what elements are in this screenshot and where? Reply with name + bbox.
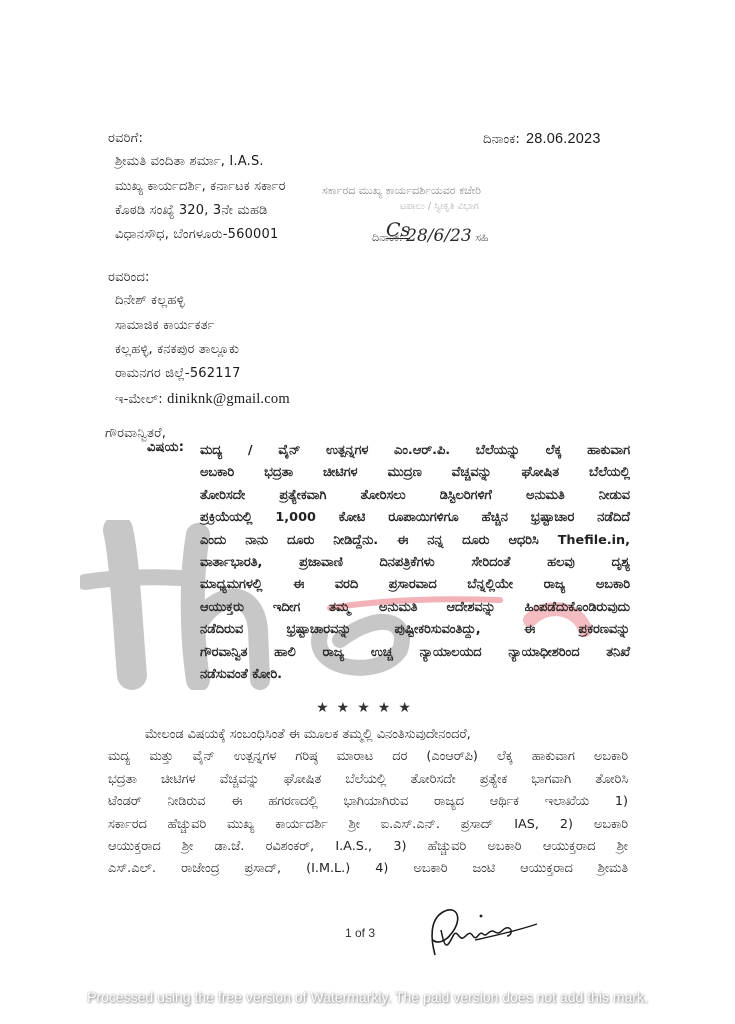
receipt-stamp-date: ದಿನಾಂಕ: 28/6/23 ಸಹಿ — [372, 226, 489, 246]
body-line: ಸರ್ಕಾರದ ಹೆಚ್ಚುವರಿ ಮುಖ್ಯ ಕಾರ್ಯದರ್ಶಿ ಶ್ರೀ … — [108, 814, 628, 836]
subject-line: ಆಯುಕ್ತರು ಇದೀಗ ತಮ್ಮ ಅನುಮತಿ ಆದೇಶವನ್ನು ಹಿಂಪ… — [200, 597, 630, 619]
email-label: ಇ-ಮೇಲ್: — [115, 392, 163, 407]
receipt-stamp-section: ಟಪಾಲು / ಸ್ವೀಕೃತಿ ವಿಭಾಗ — [400, 201, 479, 212]
subject-line: ಗೌರವಾನ್ವಿತ ಹಾಲಿ ರಾಜ್ಯ ಉಚ್ಚ ನ್ಯಾಯಾಲಯದ ನ್ಯ… — [200, 642, 630, 664]
body-line: ಭದ್ರತಾ ಚೀಟಿಗಳ ವೆಚ್ಚವನ್ನು ಘೋಷಿತ ಬೆಲೆಯಲ್ಲಿ… — [108, 769, 628, 791]
body-line: ಆಯುಕ್ತರಾದ ಶ್ರೀ ಡಾ.ಜೆ. ರವಿಶಂಕರ್, I.A.S., … — [108, 836, 628, 858]
sender-address: ಕಲ್ಲಹಳ್ಳಿ, ಕನಕಪುರ ತಾಲ್ಲೂಕು — [115, 342, 239, 357]
subject-text: ಮದ್ಯ / ವೈನ್ ಉತ್ಪನ್ನಗಳ ಎಂ.ಆರ್.ಪಿ. ಬೆಲೆಯನ್… — [200, 440, 630, 686]
subject-line: ಅಬಕಾರಿ ಭದ್ರತಾ ಚೀಟಿಗಳ ಮುದ್ರಣ ವೆಚ್ಚವನ್ನು ಘ… — [200, 462, 630, 484]
subject-line: ತೋರಿಸದೇ ಪ್ರತ್ಯೇಕವಾಗಿ ತೋರಿಸಲು ಡಿಸ್ಟಿಲರಿಗಳ… — [200, 485, 630, 507]
receipt-date-label: ದಿನಾಂಕ: — [372, 231, 403, 244]
from-label: ರವರಿಂದ: — [108, 270, 150, 285]
recipient-city: ವಿಧಾನಸೌಧ, ಬೆಂಗಳೂರು-560001 — [115, 227, 278, 242]
signature-image — [423, 900, 543, 960]
watermarkly-notice: Processed using the free version of Wate… — [0, 989, 735, 1005]
subject-line: ನಡೆಸುವಂತೆ ಕೋರಿ. — [200, 664, 630, 686]
sender-email: ಇ-ಮೇಲ್: diniknk@gmail.com — [115, 391, 290, 408]
body-line: ಎಸ್.ಎಲ್. ರಾಜೇಂದ್ರ ಪ್ರಸಾದ್, (I.M.L.) 4) ಅ… — [108, 858, 628, 880]
date-value: 28.06.2023 — [526, 131, 601, 147]
letter-date: ದಿನಾಂಕ:28.06.2023 — [483, 131, 601, 147]
subject-line: ಎಂದು ನಾನು ದೂರು ನೀಡಿದ್ದೆನು. ಈ ನನ್ನ ದೂರು ಆ… — [200, 530, 630, 552]
recipient-name: ಶ್ರೀಮತಿ ವಂದಿತಾ ಶರ್ಮಾ, I.A.S. — [115, 154, 264, 169]
body-paragraph: ಮೇಲಂಡ ವಿಷಯಕ್ಕೆ ಸಂಬಂಧಿಸಿಂತೆ ಈ ಮೂಲಕ ತಮ್ಮಲ್… — [108, 724, 628, 881]
star-separator: ★★★★★ — [0, 700, 735, 716]
body-line: ಮೇಲಂಡ ವಿಷಯಕ್ಕೆ ಸಂಬಂಧಿಸಿಂತೆ ಈ ಮೂಲಕ ತಮ್ಮಲ್… — [108, 724, 628, 746]
email-address: diniknk@gmail.com — [167, 391, 290, 407]
subject-line: ವಾರ್ತಾಭಾರತಿ, ಪ್ರಜಾವಾಣಿ ದಿನಪತ್ರಿಕೆಗಳು ಸೇರ… — [200, 552, 630, 574]
recipient-title: ಮುಖ್ಯ ಕಾರ್ಯದರ್ಶಿ, ಕರ್ನಾಟಕ ಸರ್ಕಾರ — [115, 179, 286, 194]
body-line: ಟೆಂಡರ್ ನೀಡಿರುವ ಈ ಹಗರಣದಲ್ಲಿ ಭಾಗಿಯಾಗಿರುವ ರ… — [108, 791, 628, 813]
sender-role: ಸಾಮಾಜಿಕ ಕಾರ್ಯಕರ್ತ — [115, 318, 215, 333]
date-label: ದಿನಾಂಕ: — [483, 132, 520, 147]
subject-line: ನಡೆದಿರುವ ಭ್ರಷ್ಟಾಚಾರವನ್ನು ಪುಷ್ಟೀಕರಿಸುವಂತಿ… — [200, 619, 630, 641]
body-line: ಮದ್ಯ ಮತ್ತು ವೈನ್ ಉತ್ಪನ್ನಗಳ ಗರಿಷ್ಠ ಮಾರಾಟ ದ… — [108, 746, 628, 768]
subject-line: ಪ್ರಕ್ರಿಯೆಯಲ್ಲಿ 1,000 ಕೋಟಿ ರೂಪಾಯಿಗಳಿಗೂ ಹೆ… — [200, 507, 630, 529]
receipt-date-handwritten: 28/6/23 — [406, 226, 472, 246]
sender-name: ದಿನೇಶ್ ಕಲ್ಲಹಳ್ಳಿ — [115, 293, 185, 308]
subject-label: ವಿಷಯ: — [147, 440, 184, 455]
subject-line: ಮದ್ಯ / ವೈನ್ ಉತ್ಪನ್ನಗಳ ಎಂ.ಆರ್.ಪಿ. ಬೆಲೆಯನ್… — [200, 440, 630, 462]
receipt-suffix: ಸಹಿ — [475, 231, 488, 244]
page-number: 1 of 3 — [345, 926, 375, 940]
salutation: ಗೌರವಾನ್ವಿತರೆ, — [105, 426, 166, 441]
recipient-room: ಕೊಠಡಿ ಸಂಖ್ಯೆ 320, 3ನೇ ಮಹಡಿ — [115, 203, 268, 218]
sender-district: ರಾಮನಗರ ಜಿಲ್ಲೆ-562117 — [115, 366, 241, 381]
receipt-stamp-office: ಸರ್ಕಾರದ ಮುಖ್ಯ ಕಾರ್ಯದರ್ಶಿಯವರ ಕಚೇರಿ — [322, 184, 481, 198]
subject-line: ಮಾಧ್ಯಮಗಳಲ್ಲಿ ಈ ವರದಿ ಪ್ರಸಾರವಾದ ಬೆನ್ನಲ್ಲಿಯ… — [200, 574, 630, 596]
to-label: ರವರಿಗೆ: — [108, 131, 143, 146]
